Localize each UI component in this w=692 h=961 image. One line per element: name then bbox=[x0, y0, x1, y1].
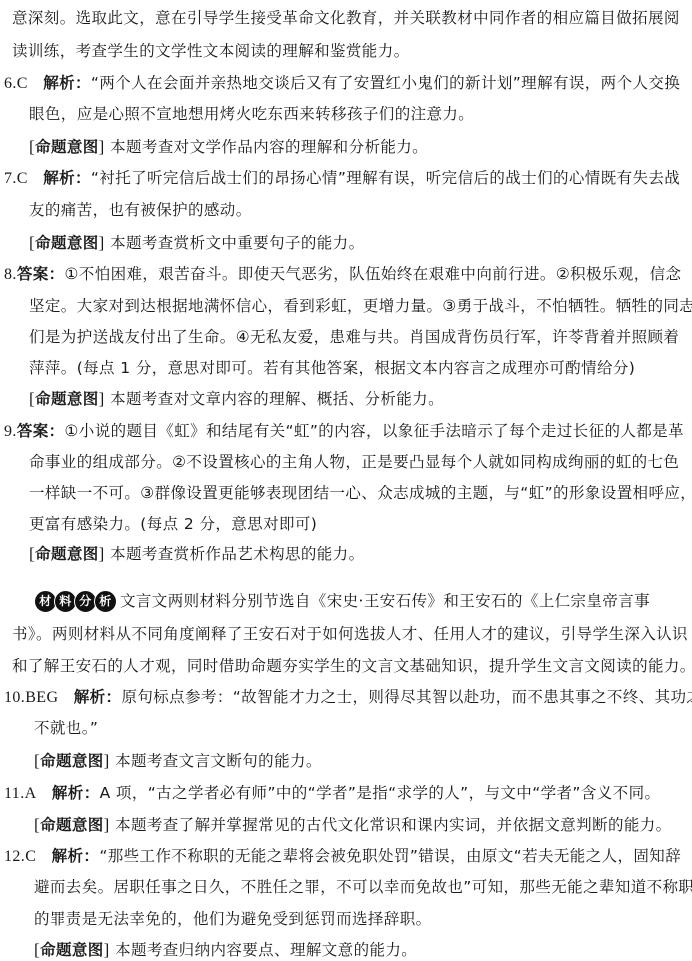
intent-note: [命题意图] 本题考查赏析文中重要句子的能力。 bbox=[29, 228, 684, 258]
analysis-text: “那些工作不称职的无能之辈将会被免职处罚”错误，由原文“若夫无能之人，固知辞 bbox=[99, 847, 681, 865]
question-number: 9. bbox=[4, 417, 17, 447]
material-text: 书》。两则材料从不同角度阐释了王安石对于如何选拔人才、任用人才的建议，引导学生深… bbox=[12, 619, 684, 649]
analysis-label: 解析： bbox=[52, 784, 100, 802]
intent-label: 命题意图 bbox=[35, 545, 99, 563]
intent-text: 本题考查了解并掌握常见的古代文化常识和课内实词，并依据文意判断的能力。 bbox=[115, 816, 672, 834]
intent-label: 命题意图 bbox=[40, 816, 104, 834]
intent-text: 本题考查赏析作品艺术构思的能力。 bbox=[110, 545, 364, 563]
question-number: 8. bbox=[4, 260, 17, 290]
intro-line: 意深刻。选取此文，意在引导学生接受革命文化教育，并关联教材中同作者的相应篇目做拓… bbox=[12, 3, 684, 33]
question-11: 11.A 解析：A 项，“古之学者必有师”中的“学者”是指“求学的人”，与文中“… bbox=[4, 778, 684, 808]
answer-text: ①不怕困难，艰苦奋斗。即使天气恶劣，队伍始终在艰难中向前行进。②积极乐观，信念 bbox=[65, 265, 682, 283]
question-number: 10.BEG bbox=[4, 683, 58, 713]
answer-text: 萍萍。(每点 1 分，意思对即可。若有其他答案，根据文本内容言之成理亦可酌情给分… bbox=[29, 353, 684, 383]
answer-text: 命事业的组成部分。②不设置核心的主角人物，正是要凸显每个人就如同构成绚丽的虹的七… bbox=[29, 447, 684, 477]
material-analysis: 材 料 分 析 文言文两则材料分别节选自《宋史·王安石传》和王安石的《上仁宗皇帝… bbox=[34, 586, 684, 616]
analysis-label: 解析： bbox=[52, 847, 100, 865]
question-number: 6.C bbox=[4, 69, 28, 99]
intent-note: [命题意图] 本题考查对文学作品内容的理解和分析能力。 bbox=[29, 132, 684, 162]
intent-note: [命题意图] 本题考查赏析作品艺术构思的能力。 bbox=[29, 539, 684, 569]
analysis-label: 解析： bbox=[74, 688, 122, 706]
analysis-text: 不就也。” bbox=[34, 713, 684, 743]
intent-text: 本题考查赏析文中重要句子的能力。 bbox=[110, 234, 364, 252]
analysis-label: 解析： bbox=[43, 169, 91, 187]
answer-text: 一样缺一不可。③群像设置更能够表现团结一心、众志成城的主题，与“虹”的形象设置相… bbox=[29, 478, 684, 508]
question-12: 12.C 解析：“那些工作不称职的无能之辈将会被免职处罚”错误，由原文“若夫无能… bbox=[4, 841, 684, 871]
intent-label: 命题意图 bbox=[35, 390, 99, 408]
material-text: 和了解王安石的人才观，同时借助命题夯实学生的文言文基础知识，提升学生文言文阅读的… bbox=[12, 651, 684, 681]
question-8: 8.答案：①不怕困难，艰苦奋斗。即使天气恶劣，队伍始终在艰难中向前行进。②积极乐… bbox=[4, 259, 684, 289]
intent-label: 命题意图 bbox=[40, 752, 104, 770]
intent-note: [命题意图] 本题考查对文章内容的理解、概括、分析能力。 bbox=[29, 384, 684, 414]
analysis-text: 的罪责是无法幸免的，他们为避免受到惩罚而选择辞职。 bbox=[34, 904, 684, 934]
answer-key-page: 意深刻。选取此文，意在引导学生接受革命文化教育，并关联教材中同作者的相应篇目做拓… bbox=[0, 0, 692, 961]
analysis-text: A 项，“古之学者必有师”中的“学者”是指“求学的人”，与文中“学者”含义不同。 bbox=[100, 784, 661, 802]
material-analysis-badge: 材 料 分 析 bbox=[34, 590, 114, 613]
question-number: 11.A bbox=[4, 779, 37, 809]
question-10: 10.BEG 解析：原句标点参考：“故智能才力之士，则得尽其智以赴功，而不患其事… bbox=[4, 682, 684, 712]
intent-note: [命题意图] 本题考查了解并掌握常见的古代文化常识和课内实词，并依据文意判断的能… bbox=[34, 810, 684, 840]
analysis-text: 避而去矣。居职任事之日久，不胜任之罪，不可以幸而免故也”可知，那些无能之辈知道不… bbox=[34, 872, 684, 902]
answer-text: 更富有感染力。(每点 2 分，意思对即可) bbox=[29, 509, 684, 539]
intro-line: 读训练，考查学生的文学性文本阅读的理解和鉴赏能力。 bbox=[12, 36, 684, 66]
answer-text: ①小说的题目《虹》和结尾有关“虹”的内容，以象征手法暗示了每个走过长征的人都是革 bbox=[65, 422, 684, 440]
intent-label: 命题意图 bbox=[40, 941, 104, 959]
analysis-text: “两个人在会面并亲热地交谈后又有了安置红小鬼们的新计划”理解有误，两个人交换 bbox=[91, 74, 680, 92]
question-9: 9.答案：①小说的题目《虹》和结尾有关“虹”的内容，以象征手法暗示了每个走过长征… bbox=[4, 416, 684, 446]
analysis-text: “衬托了听完信后战士们的昂扬心情”理解有误，听完信后的战士们的心情既有失去战 bbox=[91, 169, 680, 187]
question-6: 6.C 解析：“两个人在会面并亲热地交谈后又有了安置红小鬼们的新计划”理解有误，… bbox=[4, 68, 684, 98]
answer-text: 们是为护送战友付出了生命。④无私友爱，患难与共。肖国成背伤员行军，许苓背着并照顾… bbox=[29, 322, 684, 352]
answer-text: 坚定。大家对到达根据地满怀信心，看到彩虹，更增力量。③勇于战斗，不怕牺牲。牺牲的… bbox=[29, 291, 684, 321]
intent-text: 本题考查对文学作品内容的理解和分析能力。 bbox=[110, 138, 428, 156]
intent-text: 本题考查归纳内容要点、理解文意的能力。 bbox=[115, 941, 417, 959]
answer-label: 答案： bbox=[17, 265, 65, 283]
analysis-text: 原句标点参考：“故智能才力之士，则得尽其智以赴功，而不患其事之不终、其功之 bbox=[121, 688, 692, 706]
question-number: 7.C bbox=[4, 164, 28, 194]
answer-label: 答案： bbox=[17, 422, 65, 440]
intent-label: 命题意图 bbox=[35, 234, 99, 252]
analysis-label: 解析： bbox=[43, 74, 91, 92]
question-number: 12.C bbox=[4, 842, 36, 872]
intent-note: [命题意图] 本题考查归纳内容要点、理解文意的能力。 bbox=[34, 935, 684, 961]
intent-text: 本题考查文言文断句的能力。 bbox=[115, 752, 322, 770]
analysis-text: 眼色，应是心照不宣地想用烤火吃东西来转移孩子们的注意力。 bbox=[29, 99, 684, 129]
analysis-text: 友的痛苦，也有被保护的感动。 bbox=[29, 195, 684, 225]
intent-text: 本题考查对文章内容的理解、概括、分析能力。 bbox=[110, 390, 444, 408]
intent-label: 命题意图 bbox=[35, 138, 99, 156]
question-7: 7.C 解析：“衬托了听完信后战士们的昂扬心情”理解有误，听完信后的战士们的心情… bbox=[4, 163, 684, 193]
material-text: 文言文两则材料分别节选自《宋史·王安石传》和王安石的《上仁宗皇帝言事 bbox=[120, 592, 650, 610]
intent-note: [命题意图] 本题考查文言文断句的能力。 bbox=[34, 746, 684, 776]
